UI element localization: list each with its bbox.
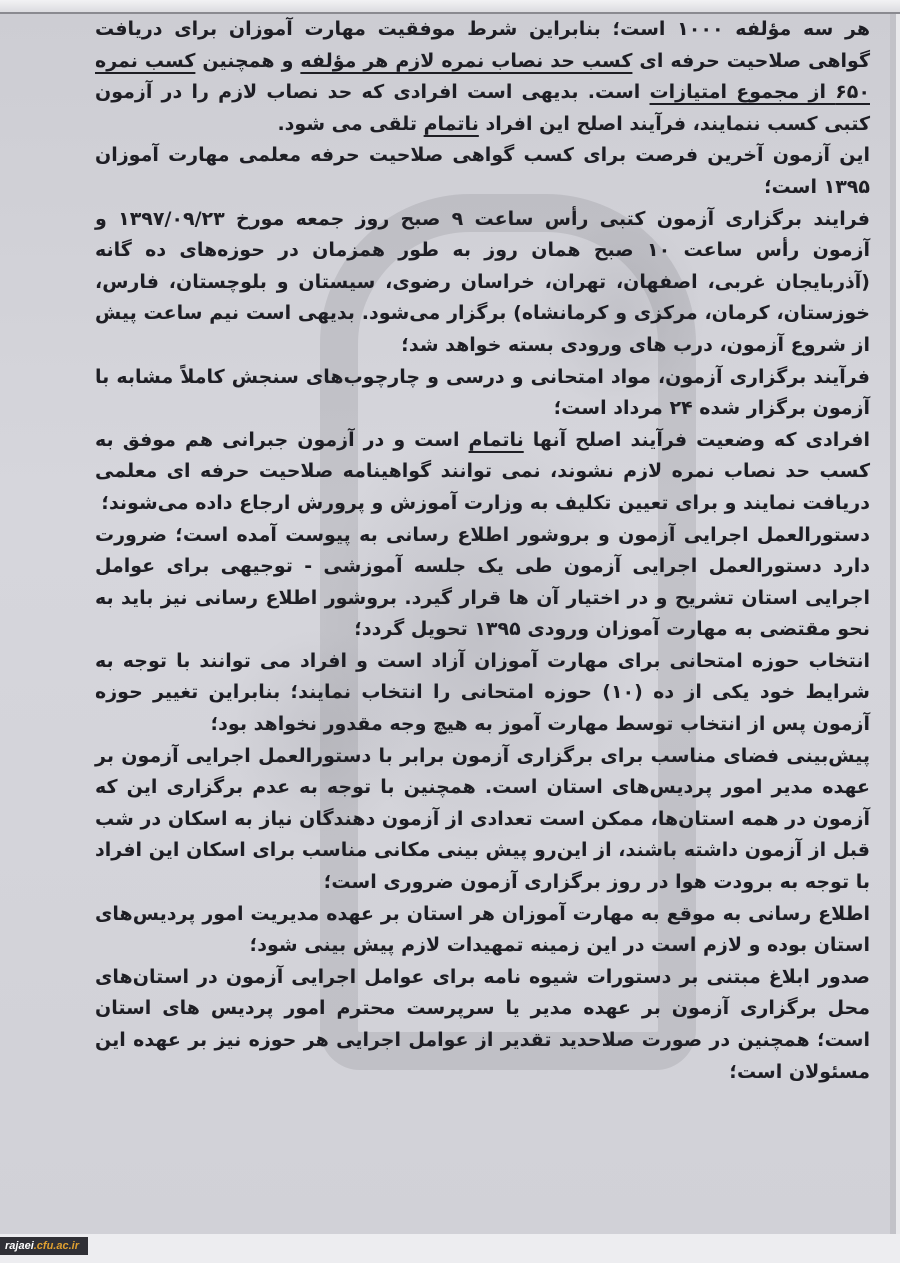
paragraph-instructions-brochure: دستورالعمل اجرایی آزمون و بروشور اطلاع ر… bbox=[95, 520, 870, 646]
text-segment: دستورالعمل اجرایی آزمون و بروشور اطلاع ر… bbox=[95, 524, 870, 641]
scan-top-edge bbox=[0, 0, 900, 14]
text-segment: این آزمون آخرین فرصت برای کسب گواهی صلاح… bbox=[95, 144, 870, 198]
paragraph-incomplete-status: افرادی که وضعیت فرآیند اصلح آنها ناتمام … bbox=[95, 425, 870, 520]
text-segment: انتخاب حوزه امتحانی برای مهارت آموزان آز… bbox=[95, 650, 870, 735]
text-segment: اطلاع رسانی به موقع به مهارت آموزان هر ا… bbox=[95, 903, 870, 957]
text-segment: تلقی می شود. bbox=[277, 113, 423, 135]
text-segment: پیش‌بینی فضای مناسب برای برگزاری آزمون ب… bbox=[95, 745, 870, 893]
paragraph-last-chance: این آزمون آخرین فرصت برای کسب گواهی صلاح… bbox=[95, 140, 870, 203]
paragraph-notification: اطلاع رسانی به موقع به مهارت آموزان هر ا… bbox=[95, 899, 870, 962]
text-segment: فرایند برگزاری آزمون کتبی رأس ساعت ۹ صبح… bbox=[95, 208, 870, 356]
site-watermark-badge: rajaei.cfu.ac.ir bbox=[0, 1237, 88, 1255]
paragraph-exam-process: فرآیند برگزاری آزمون، مواد امتحانی و درس… bbox=[95, 362, 870, 425]
paragraph-exam-center-selection: انتخاب حوزه امتحانی برای مهارت آموزان آز… bbox=[95, 646, 870, 741]
scan-bottom-edge bbox=[0, 1234, 900, 1263]
underlined-text-incomplete: ناتمام bbox=[424, 113, 479, 135]
underlined-text-min-score-per-component: کسب حد نصاب نمره لازم هر مؤلفه bbox=[300, 50, 632, 72]
site-name: rajaei bbox=[5, 1240, 34, 1252]
text-segment: و همچنین bbox=[195, 50, 300, 72]
text-segment: فرآیند برگزاری آزمون، مواد امتحانی و درس… bbox=[95, 366, 870, 420]
document-body: هر سه مؤلفه ۱۰۰۰ است؛ بنابراین شرط موفقی… bbox=[95, 14, 870, 1088]
text-segment: افرادی که وضعیت فرآیند اصلح آنها bbox=[524, 429, 870, 451]
paragraph-venue-accommodation: پیش‌بینی فضای مناسب برای برگزاری آزمون ب… bbox=[95, 741, 870, 899]
paragraph-issuing-orders: صدور ابلاغ مبتنی بر دستورات شیوه نامه بر… bbox=[95, 962, 870, 1088]
site-domain: .cfu.ac.ir bbox=[34, 1240, 79, 1252]
text-segment: صدور ابلاغ مبتنی بر دستورات شیوه نامه بر… bbox=[95, 966, 870, 1083]
underlined-text-incomplete: ناتمام bbox=[469, 429, 524, 451]
paragraph-passing-criteria: هر سه مؤلفه ۱۰۰۰ است؛ بنابراین شرط موفقی… bbox=[95, 14, 870, 140]
paragraph-exam-schedule: فرایند برگزاری آزمون کتبی رأس ساعت ۹ صبح… bbox=[95, 204, 870, 362]
